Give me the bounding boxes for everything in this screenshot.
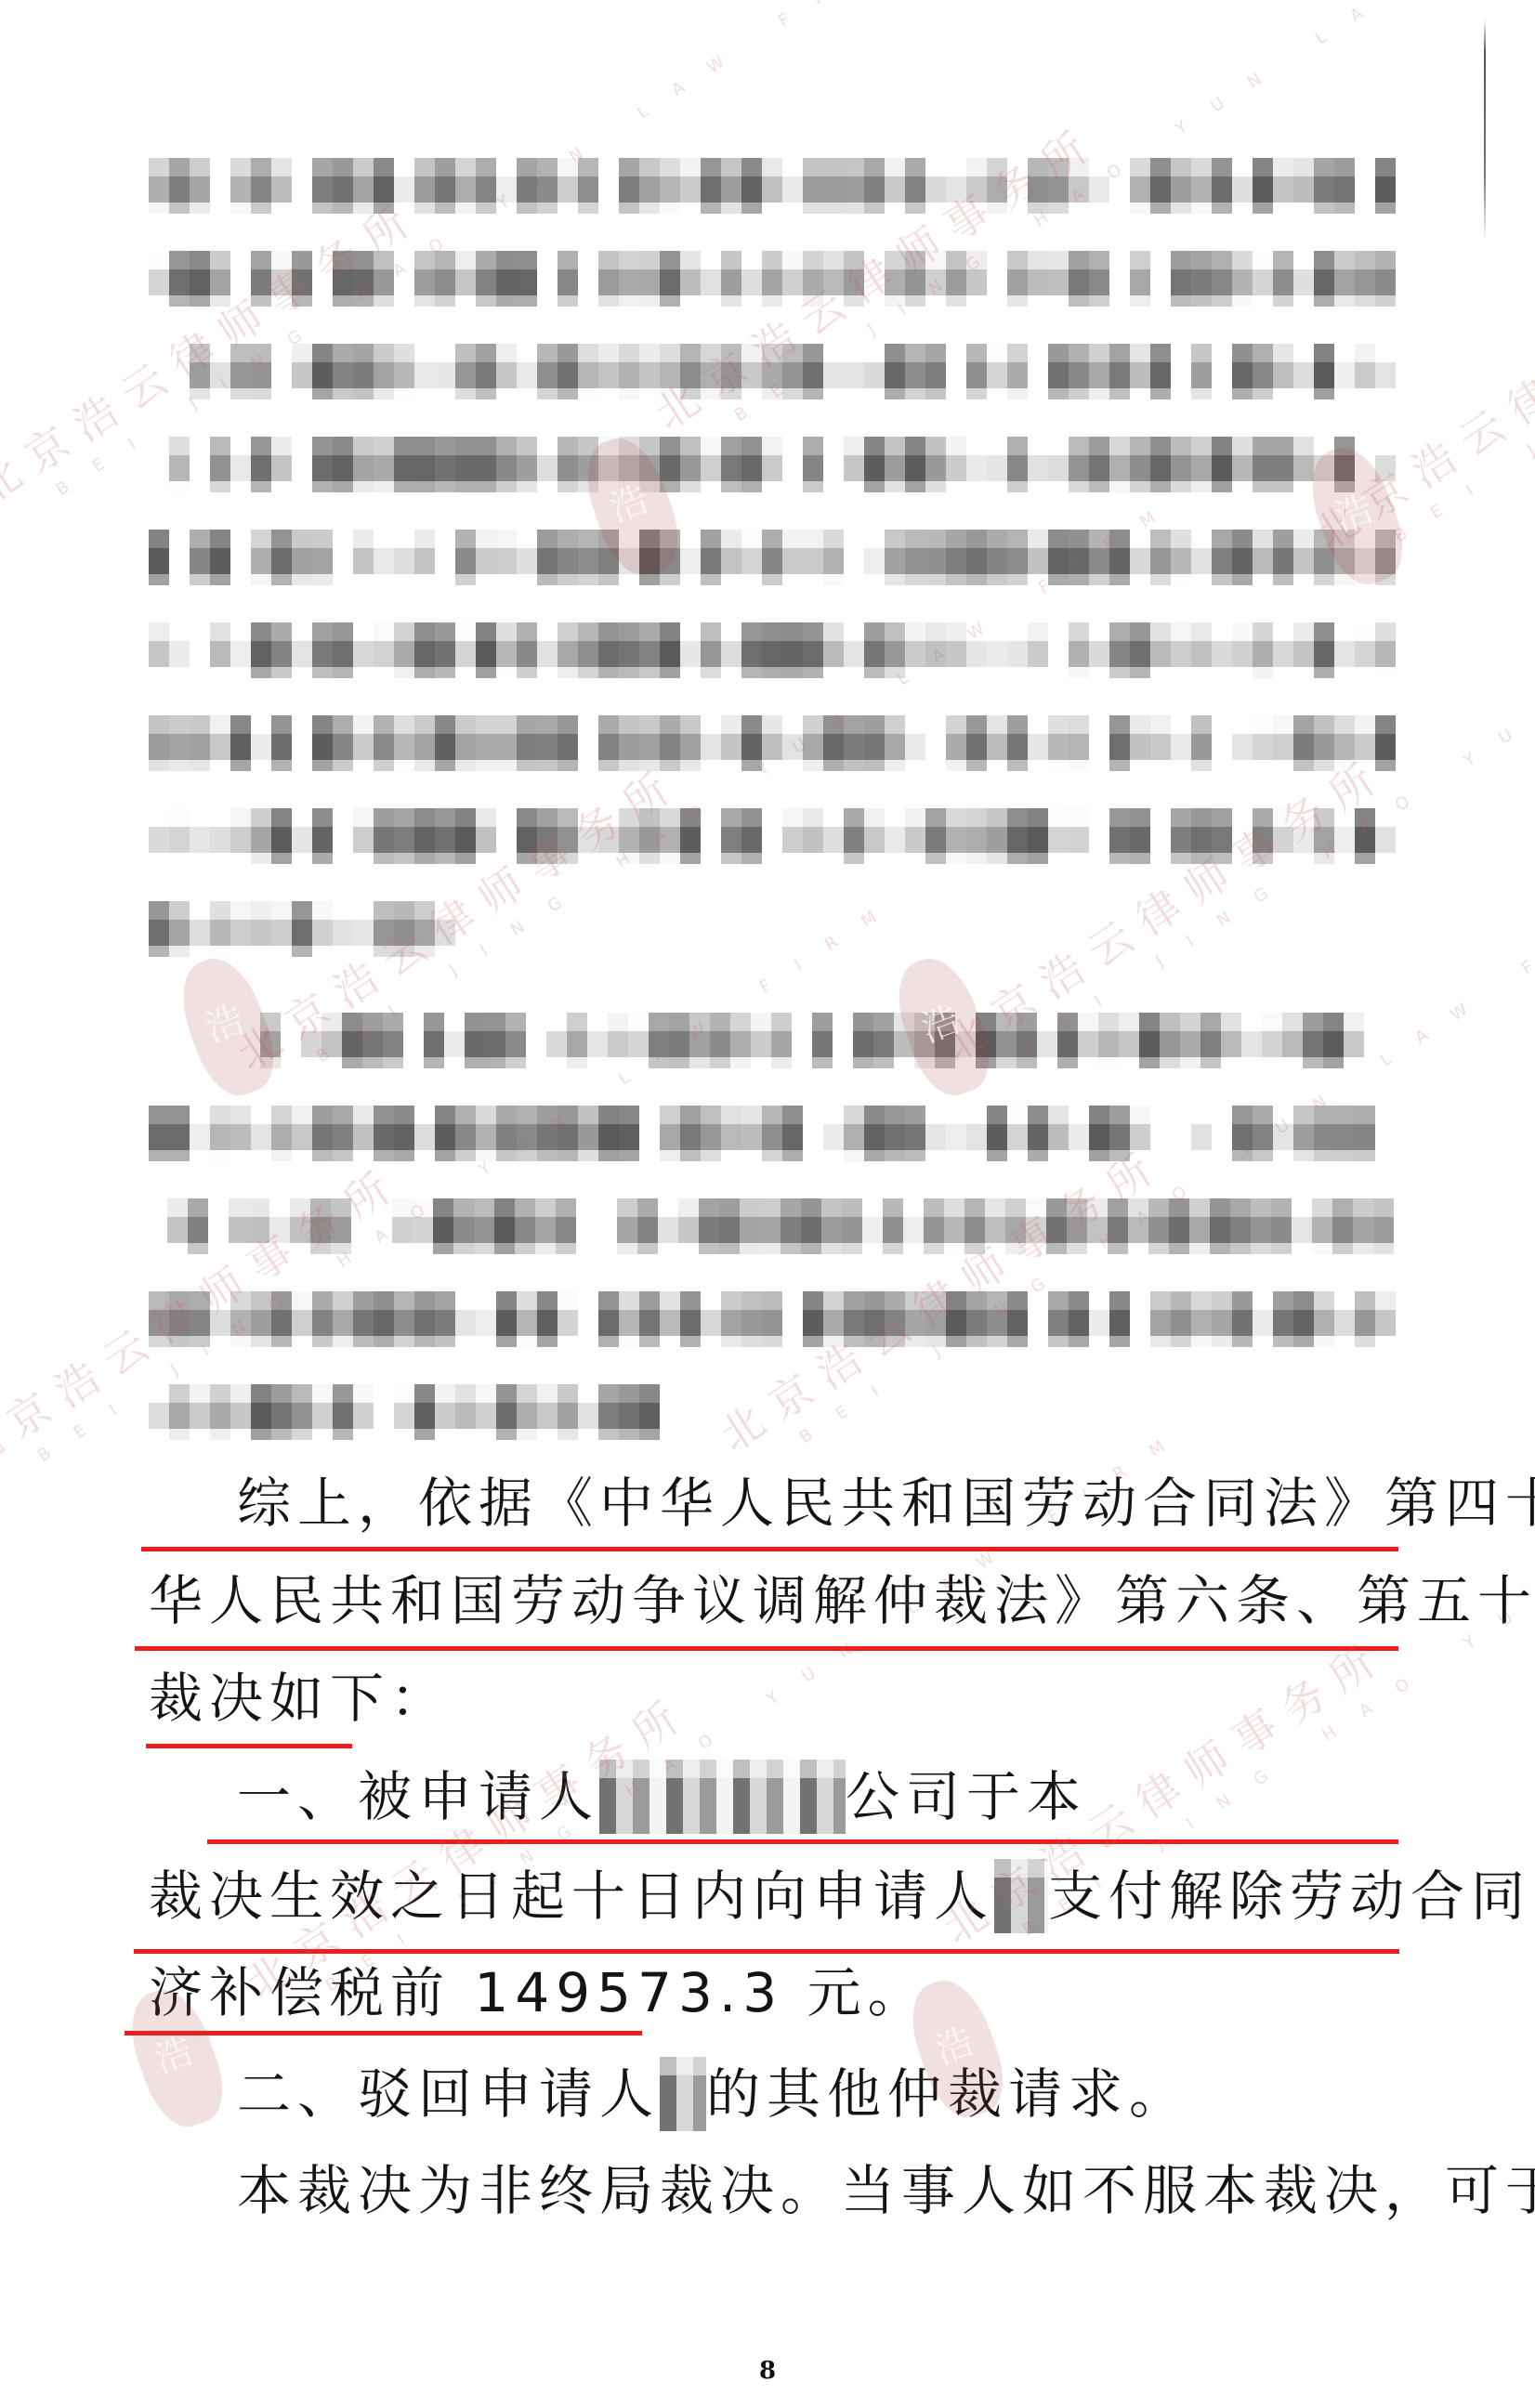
conclusion-line-3: 裁决如下： [149,1666,451,1731]
ruling-1-line-1: 一、被申请人公司于本 [237,1763,1087,1838]
redacted-text-line [149,530,1396,585]
redacted-text-line [149,1291,1396,1347]
redacted-text-line [149,715,1396,771]
redacted-text-line [149,344,1396,399]
red-underline [134,1949,1399,1954]
ruling-1-text-after-2: 支付解除劳动合同的经 [1048,1865,1535,1928]
ruling-1-line-3: 济补偿税前 149573.3 元。 [149,1960,928,2025]
ruling-2-text-after: 的其他仲裁请求。 [706,2062,1189,2126]
redacted-text-line [260,1013,1384,1068]
redacted-text-line [167,1198,1394,1254]
redacted-applicant-name [994,1859,1048,1933]
redacted-text-line [149,1106,1396,1161]
red-underline [125,2031,642,2035]
red-underline [135,1646,1398,1651]
ruling-1-text-after: 公司于本 [846,1765,1087,1828]
watermark-text-en: BEI JING HAO YUN LAW FIRM [1391,0,1535,546]
redacted-text-line [149,251,1396,307]
finality-note-line: 本裁决为非终局裁决。当事人如不服本裁决，可于收到本 [237,2158,1535,2223]
page-number: 8 [759,2357,776,2385]
conclusion-line-1: 综上，依据《中华人民共和国劳动合同法》第四十六条，《中 [237,1471,1535,1536]
watermark-text-en: BEI JING HAO YUN LAW FIRM [1019,1364,1535,1940]
redacted-text-line [149,1384,660,1440]
ruling-1-line-2: 裁决生效之日起十日内向申请人支付解除劳动合同的经 [149,1863,1535,1937]
watermark-text-en: BEI JING HAO YUN LAW FIRM [34,890,907,1466]
ruling-2-text-before: 二、驳回申请人 [237,2062,660,2126]
redacted-applicant-name [660,2057,706,2131]
redacted-text-line [149,158,1396,214]
ruling-1-text-before: 一、被申请人 [237,1765,599,1828]
redacted-text-line [149,437,1396,492]
red-underline [207,1839,1398,1844]
redacted-text-line [149,808,1396,864]
ruling-2-line: 二、驳回申请人的其他仲裁请求。 [237,2061,1189,2135]
red-underline [146,1744,352,1748]
conclusion-line-2: 华人民共和国劳动争议调解仲裁法》第六条、第五十条之规定， [149,1568,1535,1633]
red-underline [141,1547,1398,1551]
ruling-1-text-before-2: 裁决生效之日起十日内向申请人 [149,1865,994,1928]
redacted-company-name [599,1760,846,1834]
redacted-text-line [149,901,455,957]
scan-edge-line [1484,19,1486,242]
redacted-text-line [149,622,1396,678]
